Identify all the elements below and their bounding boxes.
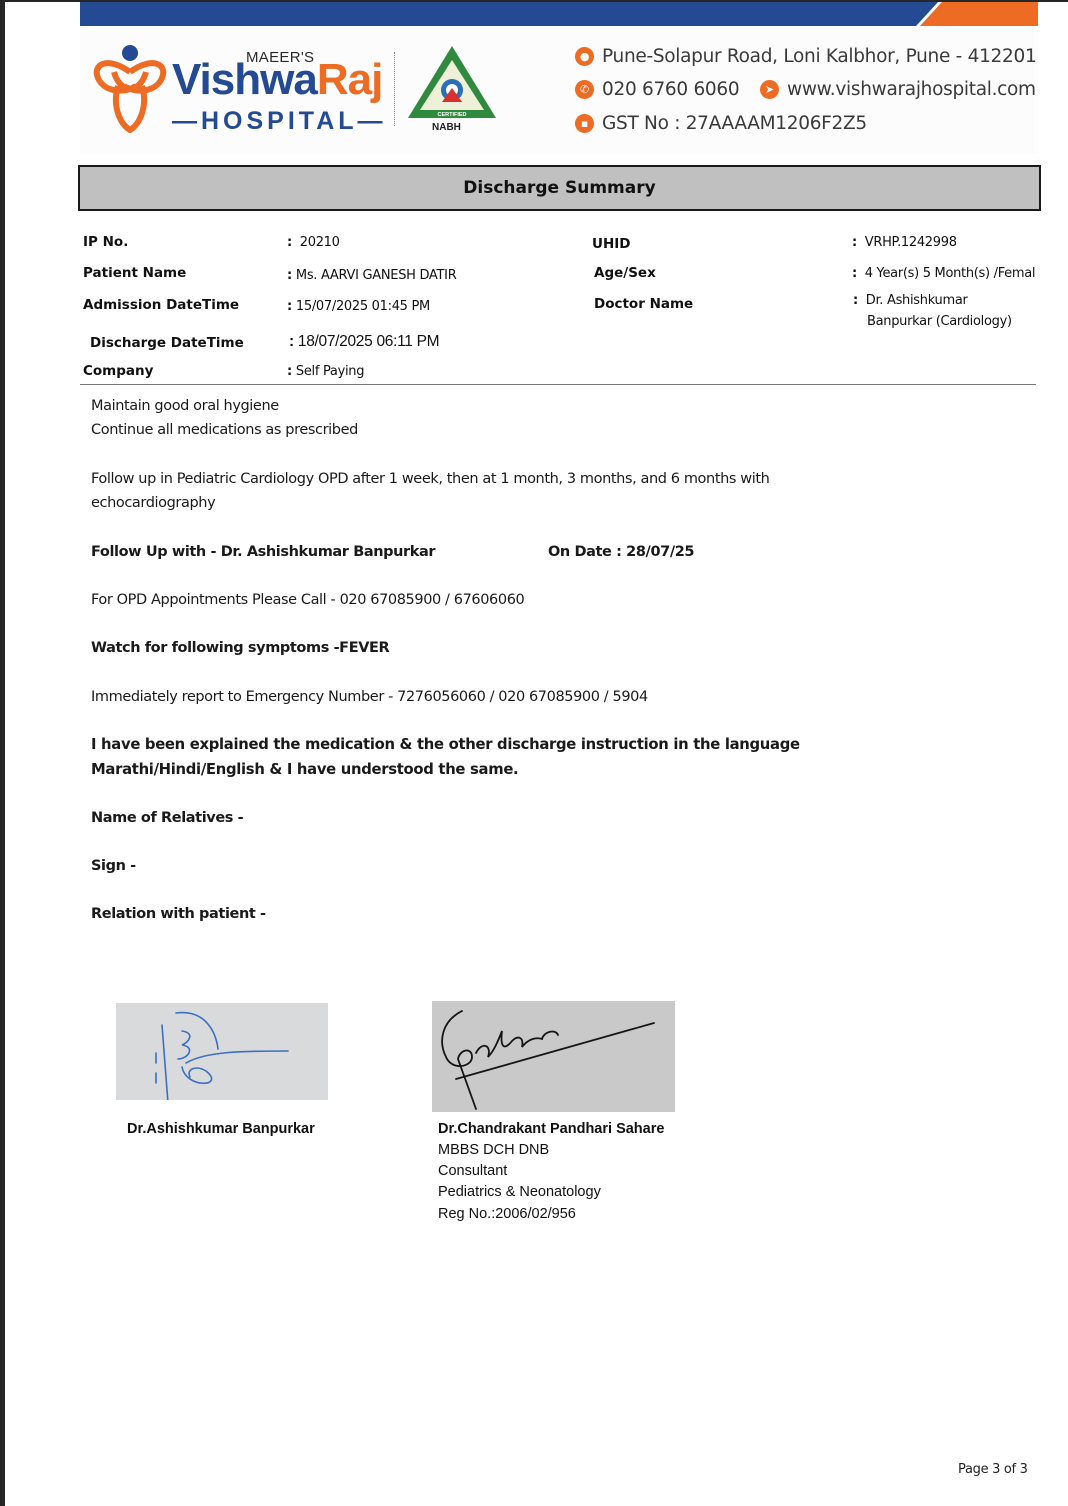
age-sex-value: : 4 Year(s) 5 Month(s) /Femal	[852, 264, 1035, 284]
logo-subtitle: —HOSPITAL—	[172, 106, 387, 136]
signatory-2-registration: Reg No.:2006/02/956	[438, 1204, 576, 1226]
document-title: Discharge Summary	[463, 178, 655, 198]
viewer-left-edge	[0, 0, 5, 1506]
contact-phone: ✆ 020 6760 6060	[575, 79, 739, 100]
logo-name: VishwaRaj	[172, 56, 382, 104]
instruction-follow-up-line2: echocardiography	[91, 491, 215, 515]
doctor-value-line2: Banpurkar (Cardiology)	[867, 312, 1012, 332]
page-number: Page 3 of 3	[958, 1462, 1028, 1477]
nabh-badge-icon: CERTIFIED	[406, 44, 498, 120]
location-pin-icon: ●	[575, 47, 594, 66]
admission-value: :15/07/2025 01:45 PM	[287, 297, 430, 317]
discharge-value: :18/07/2025 06:11 PM	[289, 332, 439, 352]
doctor-label: Doctor Name	[594, 296, 693, 312]
signature-banpurkar-image	[116, 1003, 328, 1100]
watch-symptoms: Watch for following symptoms -FEVER	[91, 636, 389, 660]
patient-name-value: :Ms. AARVI GANESH DATIR	[287, 266, 456, 286]
logo-name-part1: Vishwa	[172, 55, 317, 104]
logo-divider	[394, 52, 395, 126]
instruction-oral-hygiene: Maintain good oral hygiene	[91, 394, 279, 418]
admission-label: Admission DateTime	[83, 297, 239, 313]
nabh-label: NABH	[432, 122, 461, 133]
logo-name-part2: Raj	[317, 55, 382, 104]
gst-text: GST No : 27AAAAM1206F2Z5	[602, 113, 867, 134]
signatory-2-designation: Consultant	[438, 1161, 507, 1183]
relatives-name-field: Name of Relatives -	[91, 806, 243, 830]
relation-field: Relation with patient -	[91, 902, 266, 926]
doctor-value-line1: : Dr. Ashishkumar	[853, 291, 968, 311]
uhid-label: UHID	[592, 236, 631, 252]
address-text: Pune-Solapur Road, Loni Kalbhor, Pune - …	[602, 46, 1036, 67]
phone-text: 020 6760 6060	[602, 79, 739, 100]
patient-name-label: Patient Name	[83, 265, 186, 281]
letterhead-blue-band	[80, 2, 1038, 26]
contact-address: ● Pune-Solapur Road, Loni Kalbhor, Pune …	[575, 46, 1036, 67]
phone-icon: ✆	[575, 80, 594, 99]
document-title-box: Discharge Summary	[78, 165, 1041, 211]
signatory-1-name: Dr.Ashishkumar Banpurkar	[127, 1119, 315, 1141]
signature-sahare-image	[432, 1001, 675, 1112]
contact-website[interactable]: ➤ www.vishwarajhospital.com	[760, 79, 1036, 100]
instruction-follow-up-line1: Follow up in Pediatric Cardiology OPD af…	[91, 467, 769, 491]
vishwaraj-logo-icon	[90, 42, 170, 134]
age-sex-label: Age/Sex	[594, 265, 656, 281]
signatory-2-qualification: MBBS DCH DNB	[438, 1140, 549, 1162]
opd-appointment-phone: For OPD Appointments Please Call - 020 6…	[91, 588, 524, 612]
uhid-value: : VRHP.1242998	[852, 233, 957, 253]
receipt-icon: ▪	[575, 114, 594, 133]
follow-up-date: On Date : 28/07/25	[548, 540, 694, 564]
declaration-line2: Marathi/Hindi/English & I have understoo…	[91, 758, 518, 782]
signatory-2-department: Pediatrics & Neonatology	[438, 1182, 601, 1204]
info-divider	[80, 384, 1036, 385]
company-label: Company	[83, 363, 153, 379]
follow-up-doctor: Follow Up with - Dr. Ashishkumar Banpurk…	[91, 540, 435, 564]
cursor-icon: ➤	[760, 80, 779, 99]
contact-gst: ▪ GST No : 27AAAAM1206F2Z5	[575, 113, 867, 134]
discharge-label: Discharge DateTime	[90, 335, 244, 351]
company-value: :Self Paying	[287, 362, 364, 382]
signatory-2-name: Dr.Chandrakant Pandhari Sahare	[438, 1119, 664, 1141]
declaration-line1: I have been explained the medication & t…	[91, 733, 800, 757]
instruction-medications: Continue all medications as prescribed	[91, 418, 358, 442]
svg-text:CERTIFIED: CERTIFIED	[437, 112, 466, 118]
sign-field: Sign -	[91, 854, 136, 878]
ip-no-value: : 20210	[287, 233, 340, 253]
emergency-numbers: Immediately report to Emergency Number -…	[91, 685, 648, 709]
website-link[interactable]: www.vishwarajhospital.com	[787, 79, 1036, 100]
ip-no-label: IP No.	[83, 234, 128, 250]
